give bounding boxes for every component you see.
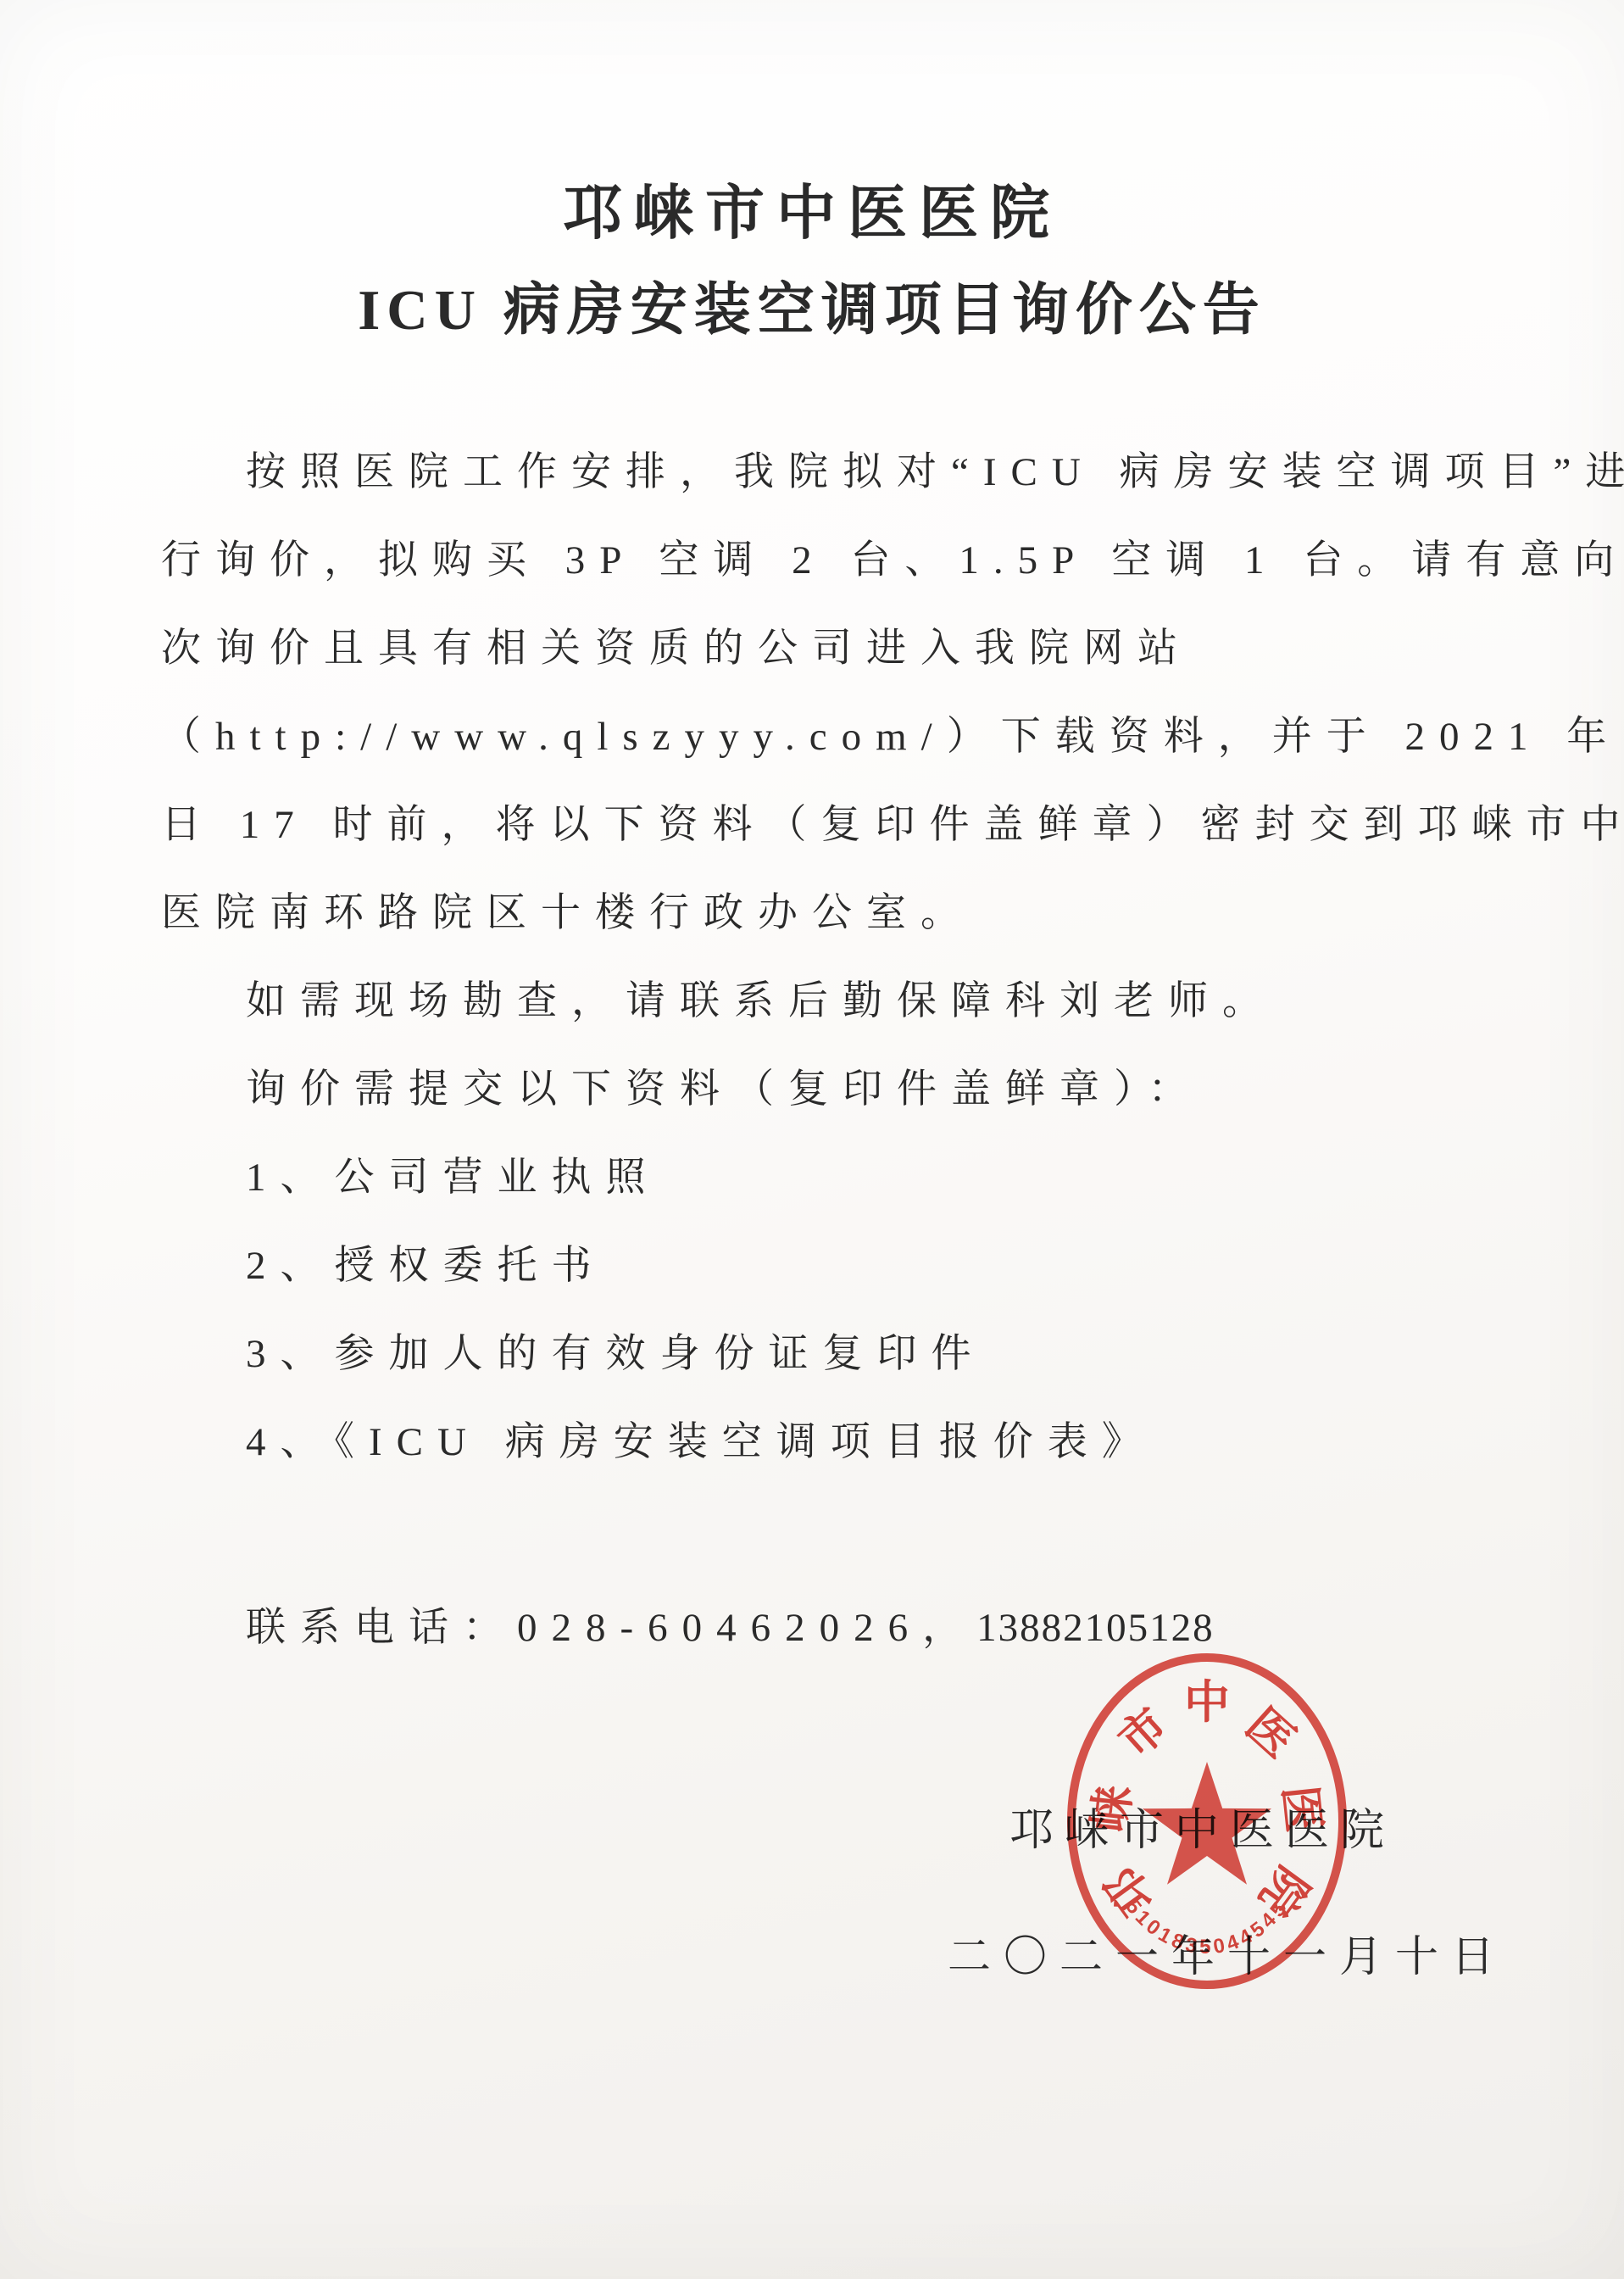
- contact-line: 联系电话：028-60462026，13882105128: [161, 1584, 1215, 1672]
- contact-label: 联系电话：: [246, 1606, 517, 1650]
- body-line: 按照医院工作安排，我院拟对“ICU 病房安装空调项目”进: [161, 428, 1517, 516]
- hospital-name-title: 邛崃市中医医院: [0, 166, 1624, 263]
- announcement-title: ICU 病房安装空调项目询价公告: [0, 263, 1624, 358]
- seal-ring-char: 市: [1110, 1699, 1177, 1768]
- seal-ring-char: 中: [1184, 1677, 1230, 1728]
- body-line: 询价需提交以下资料（复印件盖鲜章）：: [161, 1045, 1517, 1134]
- body-line: 次询价且具有相关资质的公司进入我院网站: [161, 605, 1517, 693]
- seal-ring-char: 医: [1237, 1699, 1304, 1768]
- official-seal: 邛 崃 市 中 医 医 院 5101835044545: [1063, 1652, 1351, 1991]
- document-header: 邛崃市中医医院 ICU 病房安装空调项目询价公告: [0, 166, 1624, 358]
- contact-phone-1: 028-60462026，: [517, 1606, 976, 1650]
- body-line: 2、授权委托书: [161, 1222, 1517, 1310]
- body-line: （http://www.qlszyyy.com/）下载资料，并于 2021 年 …: [161, 693, 1517, 781]
- star-icon: [1143, 1762, 1271, 1885]
- body-line: 如需现场勘查，请联系后勤保障科刘老师。: [161, 957, 1517, 1045]
- body-line: 医院南环路院区十楼行政办公室。: [161, 869, 1517, 957]
- announcement-page: 邛崃市中医医院 ICU 病房安装空调项目询价公告 按照医院工作安排，我院拟对“I…: [0, 0, 1624, 2279]
- seal-ring-char: 崃: [1085, 1783, 1140, 1834]
- body-line: 行询价，拟购买 3P 空调 2 台、1.5P 空调 1 台。请有意向参加此: [161, 516, 1517, 605]
- body-text: 按照医院工作安排，我院拟对“ICU 病房安装空调项目”进 行询价，拟购买 3P …: [161, 428, 1517, 1486]
- seal-ring-char: 医: [1274, 1783, 1329, 1834]
- body-line: 1、公司营业执照: [161, 1134, 1517, 1222]
- contact-phone-2: 13882105128: [976, 1606, 1215, 1650]
- body-line: 3、参加人的有效身份证复印件: [161, 1310, 1517, 1398]
- body-line: 4、《ICU 病房安装空调项目报价表》: [161, 1398, 1517, 1486]
- body-line: 日 17 时前，将以下资料（复印件盖鲜章）密封交到邛崃市中医: [161, 781, 1517, 869]
